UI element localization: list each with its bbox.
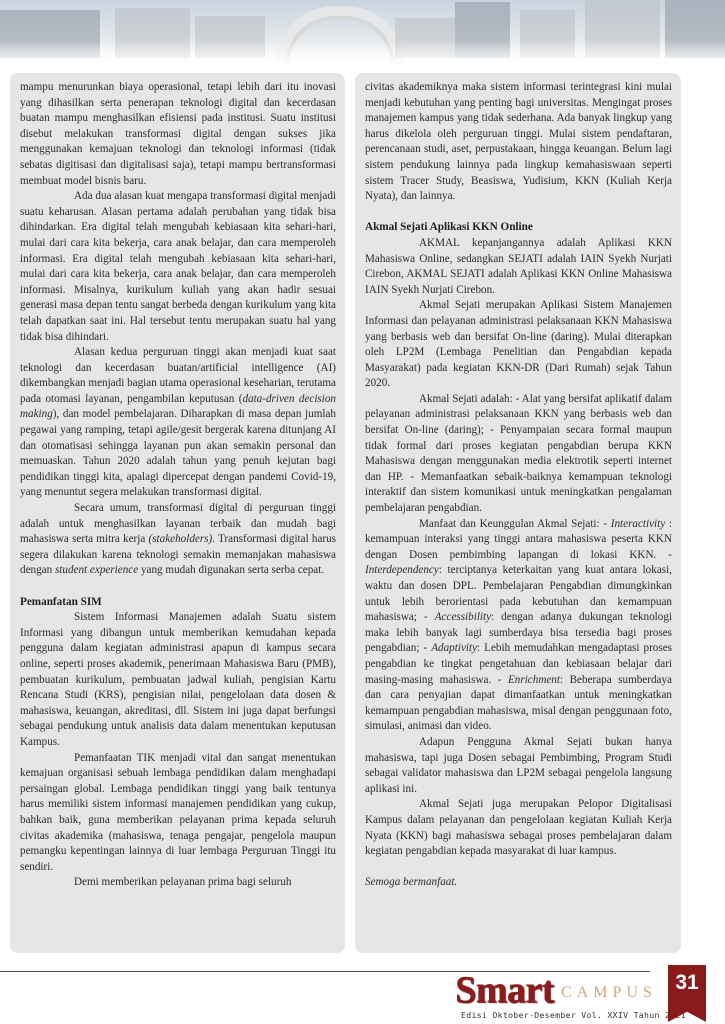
paragraph: Demi memberikan pelayanan prima bagi sel… [20, 875, 336, 891]
right-column-panel: civitas akademiknya maka sistem informas… [355, 73, 681, 953]
paragraph: Akmal Sejati juga merupakan Pelopor Digi… [365, 797, 672, 859]
edition-text: Edisi Oktober-Desember Vol. XXIV Tahun 2… [461, 1010, 686, 1020]
section-heading-sim: Pemanfatan SIM [20, 595, 336, 611]
left-column-text: mampu menurunkan biaya operasional, teta… [20, 80, 336, 891]
closing-line: Semoga bermanfaat. [365, 875, 672, 891]
paragraph: Alasan kedua perguruan tinggi akan menja… [20, 345, 336, 501]
section-heading-akmal: Akmal Sejati Aplikasi KKN Online [365, 220, 672, 236]
paragraph: Ada dua alasan kuat mengapa transformasi… [20, 189, 336, 345]
left-column-panel: mampu menurunkan biaya operasional, teta… [10, 73, 345, 953]
paragraph: Sistem Informasi Manajemen adalah Suatu … [20, 610, 336, 750]
logo-smart-text: Smart [455, 968, 554, 1012]
paragraph: civitas akademiknya maka sistem informas… [365, 80, 672, 205]
paragraph: Manfaat dan Keunggulan Akmal Sejati: - I… [365, 517, 672, 735]
logo-campus-text: CAMPUS [561, 984, 657, 1002]
paragraph: Secara umum, transformasi digital di per… [20, 501, 336, 579]
right-column-text: civitas akademiknya maka sistem informas… [365, 80, 672, 891]
page-number-bookmark-icon: 31 [668, 965, 706, 1022]
paragraph: Adapun Pengguna Akmal Sejati bukan hanya… [365, 735, 672, 797]
paragraph: Akmal Sejati merupakan Aplikasi Sistem M… [365, 298, 672, 392]
paragraph: Pemanfaatan TIK menjadi vital dan sangat… [20, 751, 336, 876]
paragraph: Akmal Sejati adalah: - Alat yang bersifa… [365, 392, 672, 517]
header-banner [0, 0, 725, 66]
paragraph: AKMAL kepanjangannya adalah Aplikasi KKN… [365, 236, 672, 298]
page-number: 31 [668, 971, 706, 995]
paragraph: mampu menurunkan biaya operasional, teta… [20, 80, 336, 189]
smart-campus-logo: Smart CAMPUS Edisi Oktober-Desember Vol.… [455, 972, 655, 1024]
